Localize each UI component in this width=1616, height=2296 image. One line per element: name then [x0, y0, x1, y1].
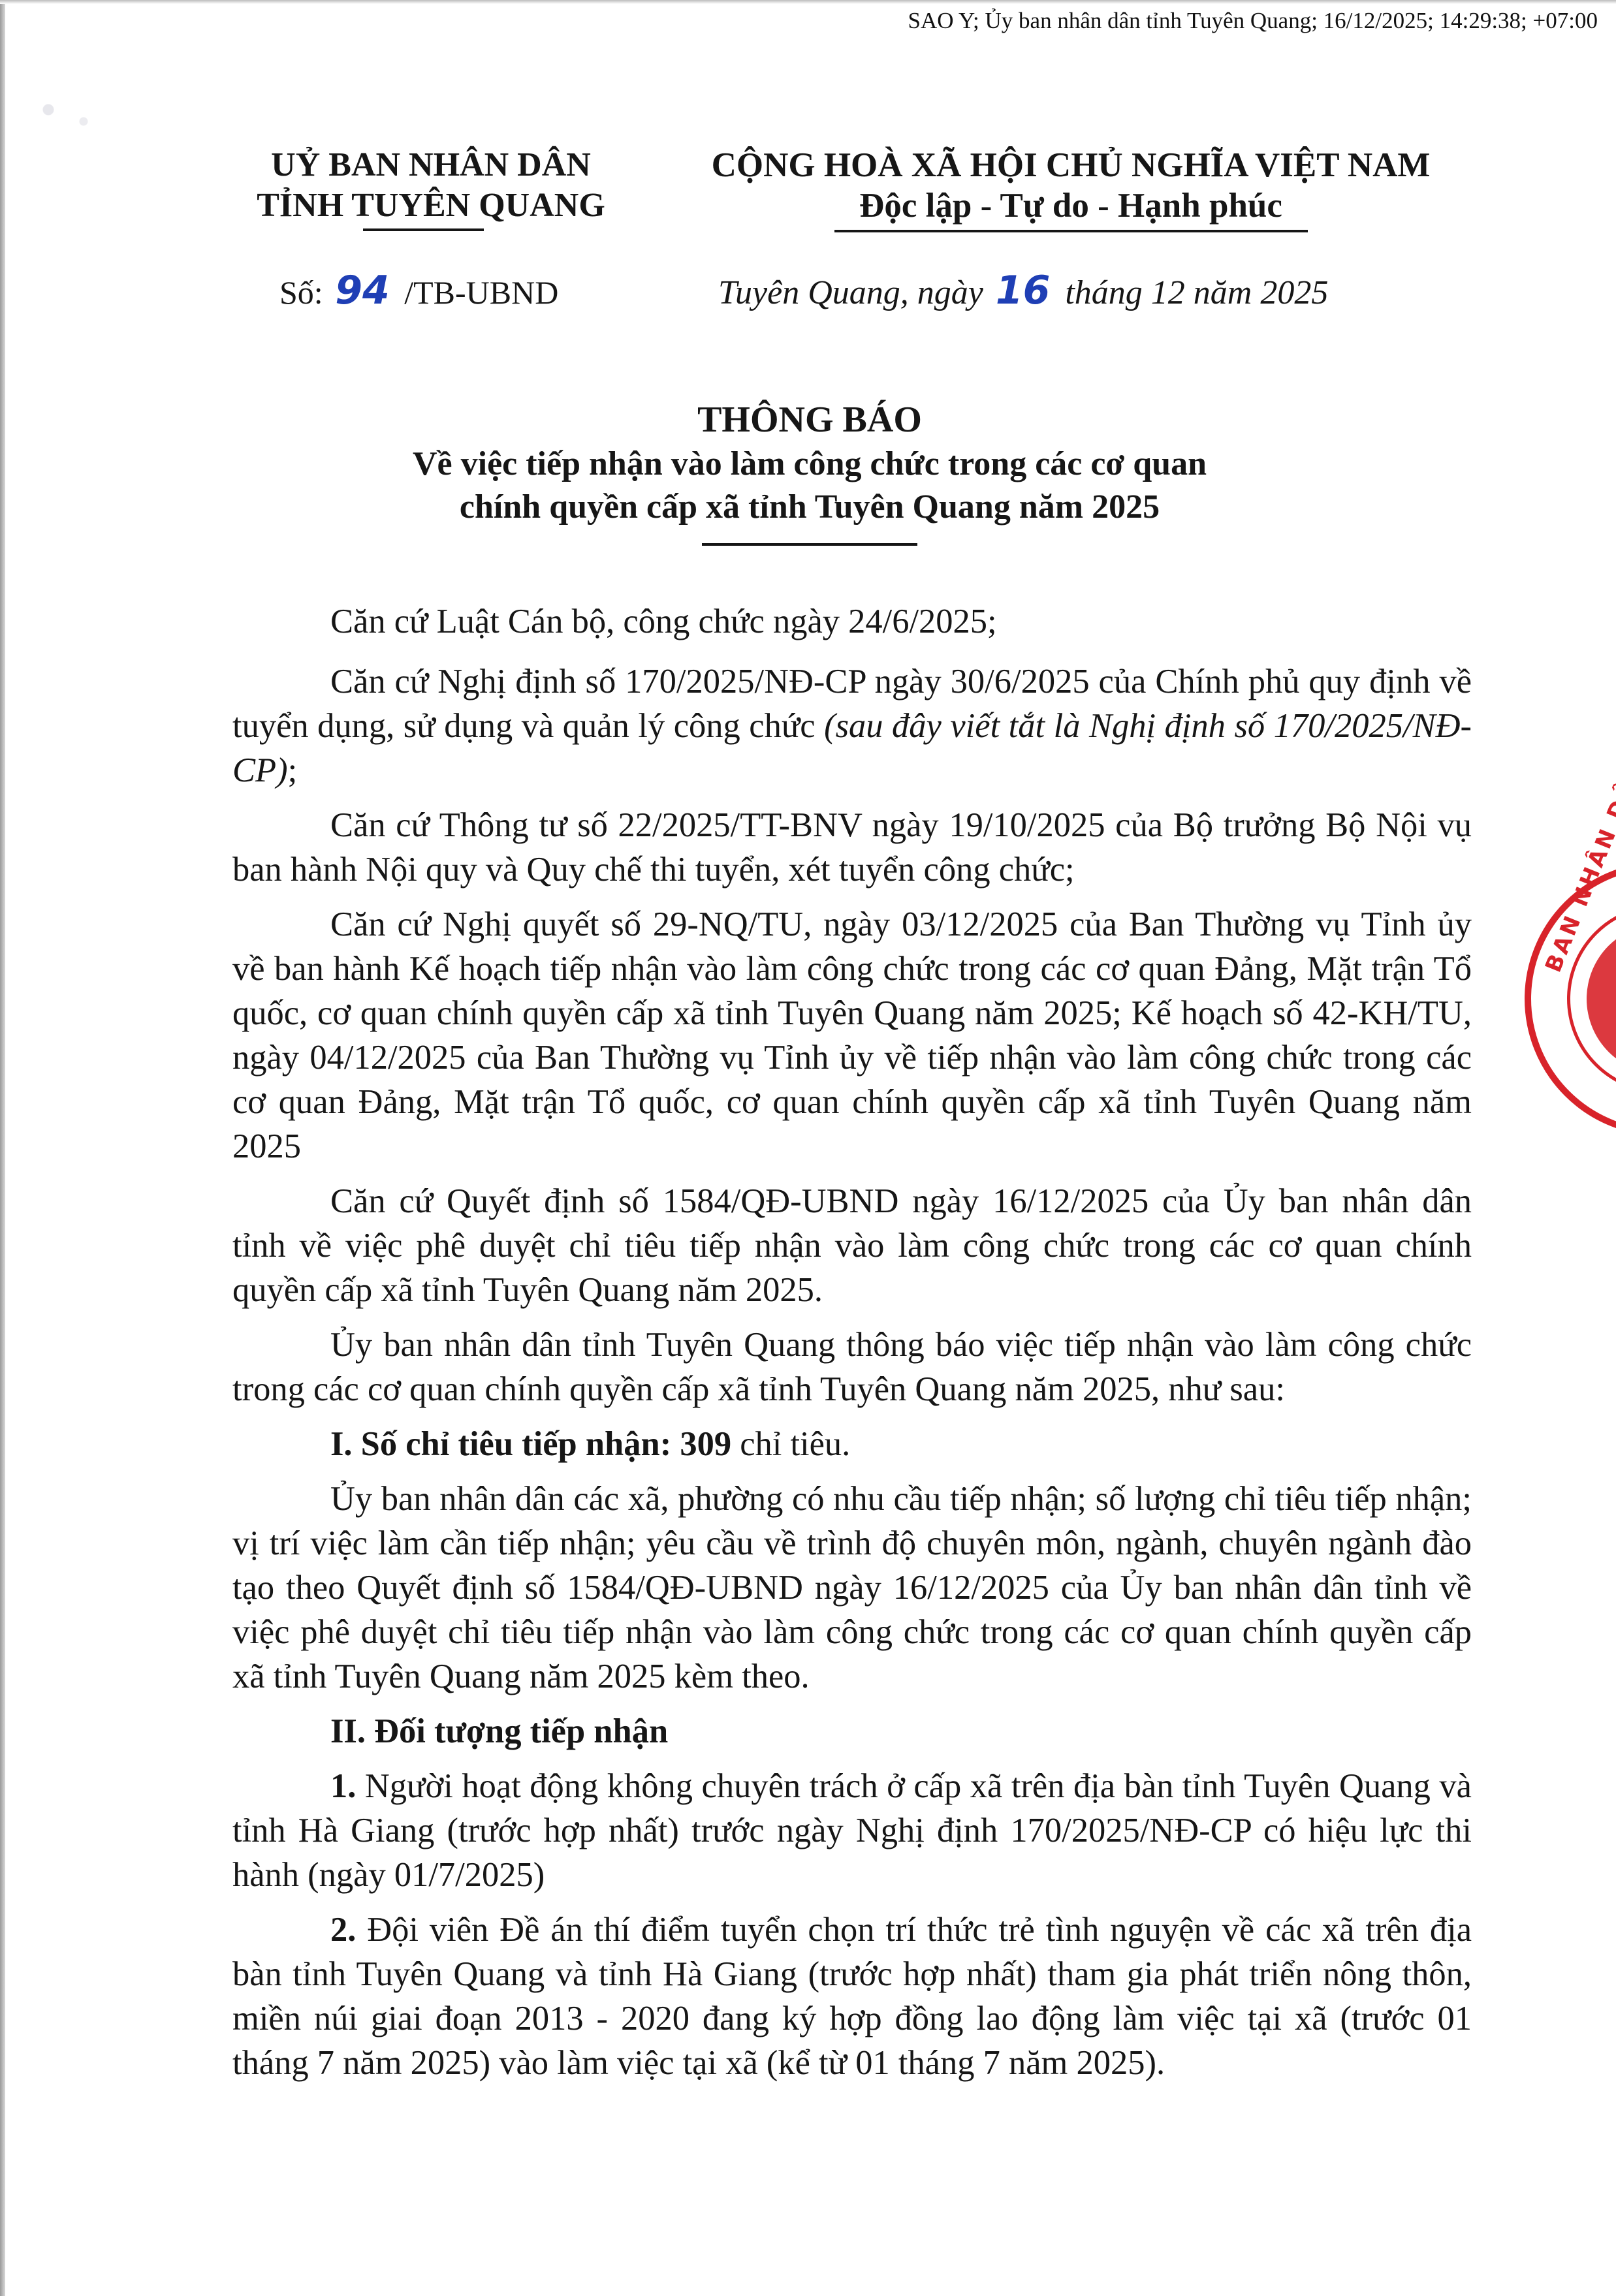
- legal-basis-3: Căn cứ Thông tư số 22/2025/TT-BNV ngày 1…: [232, 803, 1472, 892]
- issuer-underline: [363, 228, 484, 231]
- scan-left-edge: [0, 0, 5, 2296]
- item-2-number: 2.: [330, 1911, 356, 1949]
- legal-basis-5: Căn cứ Quyết định số 1584/QĐ-UBND ngày 1…: [232, 1179, 1472, 1312]
- section-1-text: Ủy ban nhân dân các xã, phường có nhu cầ…: [232, 1477, 1472, 1699]
- nation-title: CỘNG HOÀ XÃ HỘI CHỦ NGHĨA VIỆT NAM: [679, 145, 1463, 185]
- legal-basis-2-end: ;: [288, 751, 298, 789]
- legal-basis-2: Căn cứ Nghị định số 170/2025/NĐ-CP ngày …: [232, 659, 1472, 793]
- number-suffix: /TB-UBND: [404, 274, 558, 311]
- issuer-line-1: UỶ BAN NHÂN DÂN: [235, 145, 627, 185]
- handwritten-number: 94: [331, 268, 396, 313]
- official-red-seal: BAN NHÂN DÂN: [1525, 862, 1616, 1136]
- motto-underline: [834, 230, 1308, 232]
- quota-unit: chỉ tiêu.: [731, 1425, 850, 1463]
- announcement-paragraph: Ủy ban nhân dân tỉnh Tuyên Quang thông b…: [232, 1323, 1472, 1411]
- quota-count: 309: [680, 1425, 731, 1463]
- eligible-item-2: 2. Đội viên Đề án thí điểm tuyển chọn tr…: [232, 1908, 1472, 2085]
- handwritten-day: 16: [992, 268, 1057, 313]
- number-prefix: Số:: [279, 274, 323, 311]
- eligible-item-1: 1. Người hoạt động không chuyên trách ở …: [232, 1764, 1472, 1897]
- item-1-text: Người hoạt động không chuyên trách ở cấp…: [232, 1767, 1472, 1894]
- document-body: Căn cứ Luật Cán bộ, công chức ngày 24/6/…: [232, 599, 1472, 2096]
- national-header: CỘNG HOÀ XÃ HỘI CHỦ NGHĨA VIỆT NAM Độc l…: [679, 145, 1463, 232]
- document-number: Số: 94 /TB-UBND: [279, 268, 558, 313]
- place-date-suffix: tháng 12 năm 2025: [1065, 274, 1328, 311]
- section-1-heading: I. Số chỉ tiêu tiếp nhận: 309 chỉ tiêu.: [232, 1422, 1472, 1466]
- legal-basis-4: Căn cứ Nghị quyết số 29-NQ/TU, ngày 03/1…: [232, 902, 1472, 1169]
- document-title-block: THÔNG BÁO Về việc tiếp nhận vào làm công…: [366, 397, 1254, 546]
- item-1-number: 1.: [330, 1767, 356, 1805]
- scan-artifact: [13, 78, 131, 157]
- legal-basis-1: Căn cứ Luật Cán bộ, công chức ngày 24/6/…: [232, 599, 1472, 644]
- national-motto: Độc lập - Tự do - Hạnh phúc: [679, 185, 1463, 226]
- scan-top-edge: [0, 0, 1616, 4]
- title-underline: [702, 543, 917, 546]
- place-date: Tuyên Quang, ngày 16 tháng 12 năm 2025: [718, 268, 1328, 313]
- section-2-heading: II. Đối tượng tiếp nhận: [232, 1709, 1472, 1753]
- item-2-text: Đội viên Đề án thí điểm tuyển chọn trí t…: [232, 1911, 1472, 2082]
- document-subtitle-line-2: chính quyền cấp xã tỉnh Tuyên Quang năm …: [366, 486, 1254, 529]
- issuer-line-2: TỈNH TUYÊN QUANG: [235, 185, 627, 226]
- document-subtitle-line-1: Về việc tiếp nhận vào làm công chức tron…: [366, 443, 1254, 486]
- section-1-title: I. Số chỉ tiêu tiếp nhận:: [330, 1425, 671, 1463]
- place-date-prefix: Tuyên Quang, ngày: [718, 274, 983, 311]
- digital-copy-stamp: SAO Y; Ủy ban nhân dân tỉnh Tuyên Quang;…: [908, 8, 1598, 34]
- document-title: THÔNG BÁO: [366, 397, 1254, 443]
- issuer-block: UỶ BAN NHÂN DÂN TỈNH TUYÊN QUANG: [235, 145, 627, 231]
